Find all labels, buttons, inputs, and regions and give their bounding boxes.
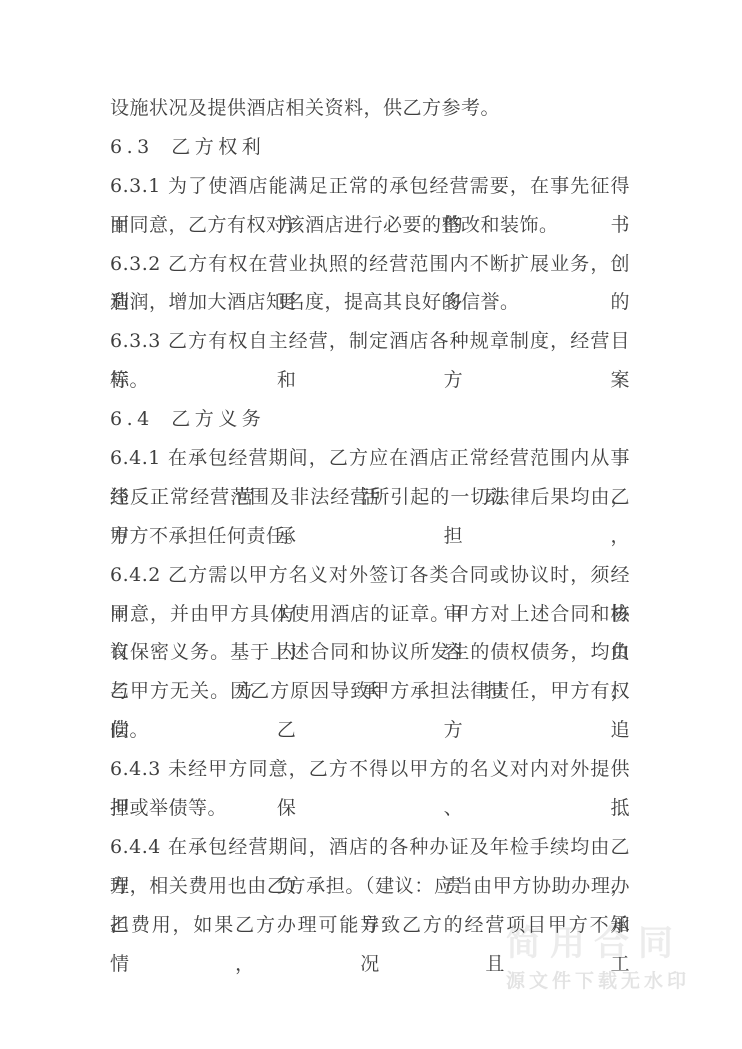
paragraph-line: 面同意，乙方有权对该酒店进行必要的整改和装饰。: [110, 206, 630, 245]
paragraph-line: 6.3.1 为了使酒店能满足正常的承包经营需要，在事先征得甲方的书: [110, 167, 630, 206]
paragraph-line: 6.4.2 乙方需以甲方名义对外签订各类合同或协议时，须经甲方审核: [110, 556, 630, 595]
paragraph-line: 有保密义务。基于上述合同和协议所发生的债权债务，均由乙方承担，: [110, 633, 630, 672]
paragraph-line: 同意，并由甲方具体使用酒店的证章。甲方对上述合同和协议内容负: [110, 595, 630, 634]
section-heading-line: 6.3 乙方权利: [110, 128, 630, 167]
contract-text-block: 设施状况及提供酒店相关资料，供乙方参考。6.3 乙方权利6.3.1 为了使酒店能…: [110, 89, 630, 945]
paragraph-line: 与甲方无关。因乙方原因导致甲方承担法律责任，甲方有权向乙方追: [110, 672, 630, 711]
paragraph-line: 6.4.4 在承包经营期间，酒店的各种办证及年检手续均由乙方负责办: [110, 828, 630, 867]
contract-page: 简用合同 源文件下载无水印 设施状况及提供酒店相关资料，供乙方参考。6.3 乙方…: [0, 0, 742, 1049]
paragraph-line: 6.3.2 乙方有权在营业执照的经营范围内不断扩展业务，创造更多的: [110, 245, 630, 284]
paragraph-line: 6.4.1 在承包经营期间，乙方应在酒店正常经营范围内从事经营活动，: [110, 439, 630, 478]
paragraph-line: 6.4.3 未经甲方同意，乙方不得以甲方的名义对内对外提供担保、抵: [110, 750, 630, 789]
paragraph-line: 担费用，如果乙方办理可能导致乙方的经营项目甲方不知情，况且工: [110, 906, 630, 945]
paragraph-line: 理，相关费用也由乙方承担。（建议：应当由甲方协助办理，乙方承: [110, 867, 630, 906]
section-heading-line: 6.4 乙方义务: [110, 400, 630, 439]
paragraph-line: 设施状况及提供酒店相关资料，供乙方参考。: [110, 89, 630, 128]
paragraph-line: 6.3.3 乙方有权自主经营，制定酒店各种规章制度，经营目标和方案: [110, 322, 630, 361]
paragraph-line: 违反正常经营范围及非法经营所引起的一切法律后果均由乙方承担，: [110, 478, 630, 517]
